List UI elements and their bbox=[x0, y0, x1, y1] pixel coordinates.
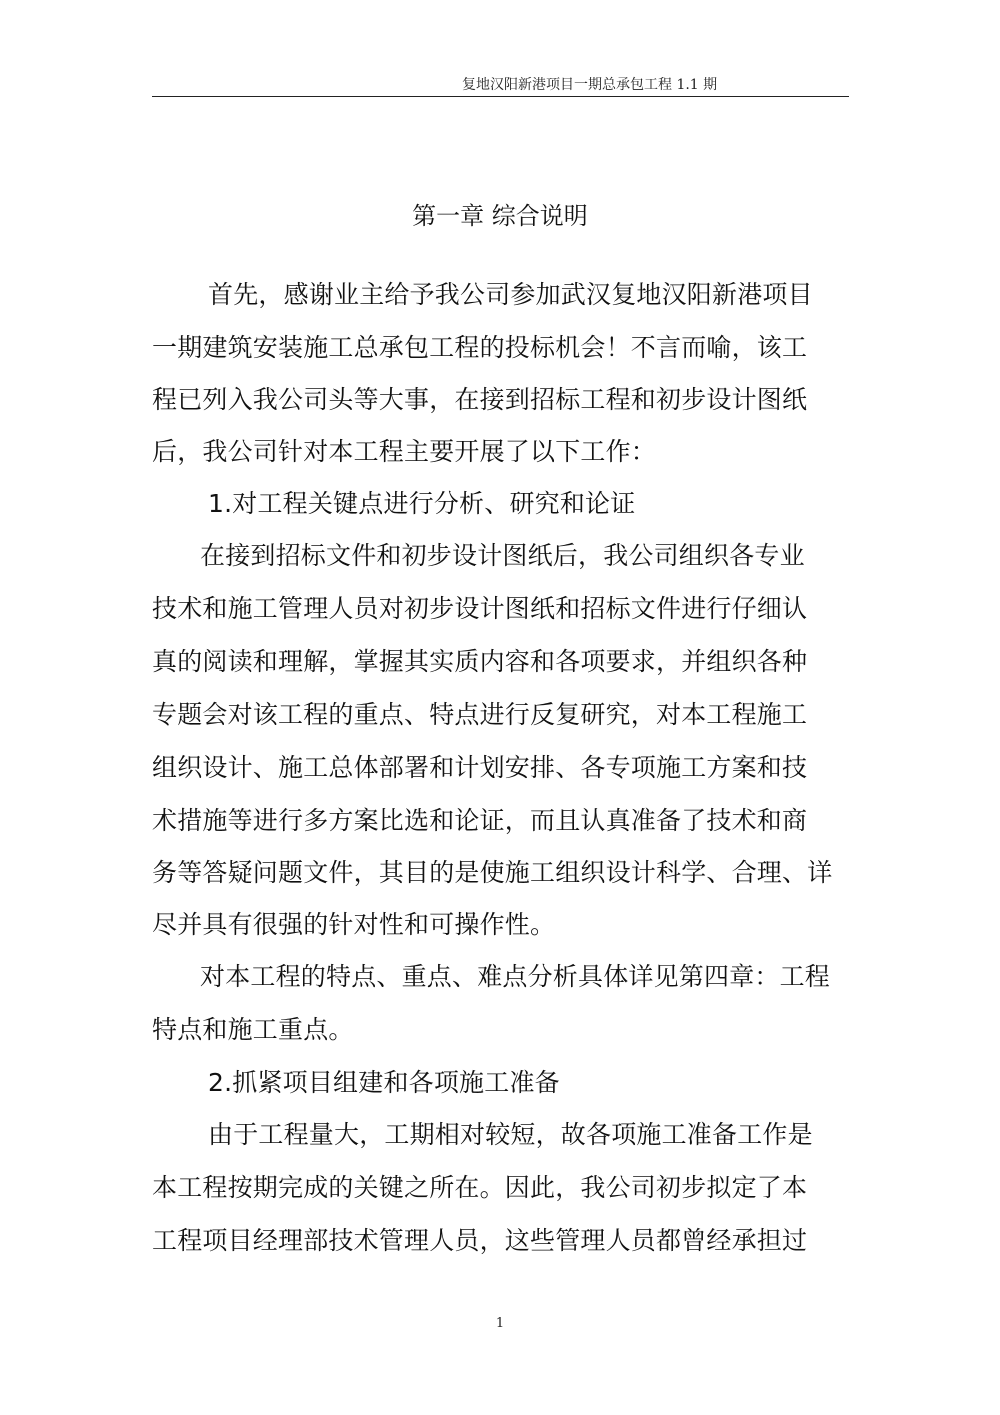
text-line: 2.抓紧项目组建和各项施工准备 bbox=[208, 1068, 908, 1098]
text-line: 特点和施工重点。 bbox=[152, 1015, 852, 1045]
text-line: 技术和施工管理人员对初步设计图纸和招标文件进行仔细认 bbox=[152, 594, 852, 624]
text-line: 本工程按期完成的关键之所在。因此，我公司初步拟定了本 bbox=[152, 1173, 852, 1203]
text-line: 对本工程的特点、重点、难点分析具体详见第四章：工程 bbox=[200, 962, 900, 992]
text-line: 专题会对该工程的重点、特点进行反复研究，对本工程施工 bbox=[152, 700, 852, 730]
text-line: 由于工程量大，工期相对较短，故各项施工准备工作是 bbox=[208, 1120, 908, 1150]
text-line: 术措施等进行多方案比选和论证，而且认真准备了技术和商 bbox=[152, 806, 852, 836]
text-line: 1.对工程关键点进行分析、研究和论证 bbox=[208, 489, 908, 519]
page-number: 1 bbox=[0, 1316, 1000, 1331]
text-line: 务等答疑问题文件，其目的是使施工组织设计科学、合理、详 bbox=[152, 858, 852, 888]
text-line: 真的阅读和理解，掌握其实质内容和各项要求，并组织各种 bbox=[152, 647, 852, 677]
text-line: 首先，感谢业主给予我公司参加武汉复地汉阳新港项目 bbox=[208, 280, 908, 310]
text-line: 后，我公司针对本工程主要开展了以下工作： bbox=[152, 437, 852, 467]
text-line: 一期建筑安装施工总承包工程的投标机会！不言而喻，该工 bbox=[152, 333, 852, 363]
header-title: 复地汉阳新港项目一期总承包工程 1.1 期 bbox=[462, 74, 717, 94]
text-line: 在接到招标文件和初步设计图纸后，我公司组织各专业 bbox=[200, 541, 900, 571]
text-line: 尽并具有很强的针对性和可操作性。 bbox=[152, 910, 852, 940]
text-line: 程已列入我公司头等大事，在接到招标工程和初步设计图纸 bbox=[152, 385, 852, 415]
chapter-title: 第一章 综合说明 bbox=[0, 196, 1000, 231]
text-line: 组织设计、施工总体部署和计划安排、各专项施工方案和技 bbox=[152, 753, 852, 783]
page-header: 复地汉阳新港项目一期总承包工程 1.1 期 bbox=[152, 72, 849, 97]
text-line: 工程项目经理部技术管理人员，这些管理人员都曾经承担过 bbox=[152, 1226, 852, 1256]
